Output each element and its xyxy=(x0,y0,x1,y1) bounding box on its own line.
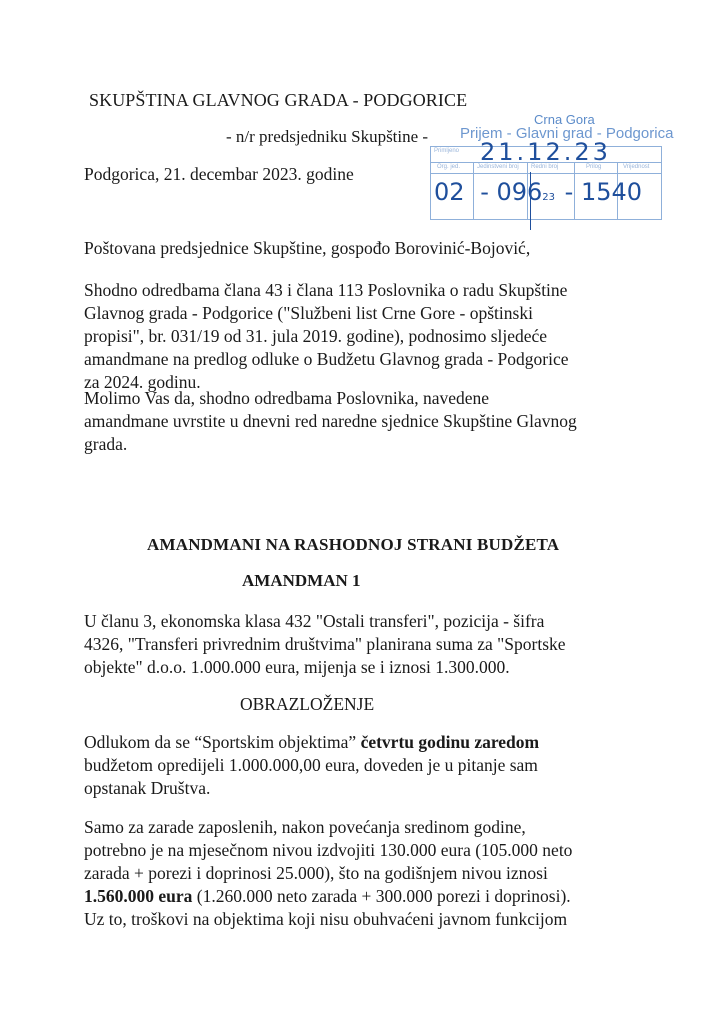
text-line: Molimo Vas da, shodno odredbama Poslovni… xyxy=(84,387,684,410)
text-line: Shodno odredbama člana 43 i člana 113 Po… xyxy=(84,279,684,302)
place-date: Podgorica, 21. decembar 2023. godine xyxy=(84,164,354,185)
addressee-title: SKUPŠTINA GLAVNOG GRADA - PODGORICE xyxy=(89,90,467,111)
stamp-col-label: Org. jed. xyxy=(437,164,460,170)
greeting-text: Poštovana predsjednice Skupštine, gospođ… xyxy=(84,237,684,260)
registry-stamp: Crna Gora Prijem - Glavni grad - Podgori… xyxy=(420,112,682,222)
text-normal: (1.260.000 neto zarada + 300.000 porezi … xyxy=(192,886,570,906)
text-line: objekte" d.o.o. 1.000.000 eura, mijenja … xyxy=(84,656,684,679)
section-title: AMANDMANI NA RASHODNOJ STRANI BUDŽETA xyxy=(147,535,559,555)
pen-stroke xyxy=(530,172,531,230)
greeting: Poštovana predsjednice Skupštine, gospođ… xyxy=(84,237,684,260)
text-line: zarada + porezi i doprinosi 25.000), što… xyxy=(84,862,684,885)
justification-title: OBRAZLOŽENJE xyxy=(240,694,374,715)
registry-org-code: 02 xyxy=(434,178,465,206)
amendment-title: AMANDMAN 1 xyxy=(242,571,361,591)
text-line: potrebno je na mjesečnom nivou izdvojiti… xyxy=(84,839,684,862)
text-line: grada. xyxy=(84,433,684,456)
text-line: Glavnog grada - Podgorice ("Službeni lis… xyxy=(84,302,684,325)
amendment-text: U članu 3, ekonomska klasa 432 "Ostali t… xyxy=(84,610,684,679)
registry-sequence: - 1540 xyxy=(565,178,642,206)
stamp-divider xyxy=(431,173,661,174)
text-line: budžetom opredijeli 1.000.000,00 eura, d… xyxy=(84,754,684,777)
justification-paragraph-2: Samo za zarade zaposlenih, nakon povećan… xyxy=(84,816,684,931)
text-line: opstanak Društva. xyxy=(84,777,684,800)
stamp-col-label: Vrijednost xyxy=(623,164,649,170)
attention-line: - n/r predsjedniku Skupštine - xyxy=(226,127,428,147)
text-line: Odlukom da se “Sportskim objektima” četv… xyxy=(84,731,684,754)
text-line: amandmane na predlog odluke o Budžetu Gl… xyxy=(84,348,684,371)
justification-paragraph-1: Odlukom da se “Sportskim objektima” četv… xyxy=(84,731,684,800)
text-line: 1.560.000 eura (1.260.000 neto zarada + … xyxy=(84,885,684,908)
text-line: propisi", br. 031/19 od 31. jula 2019. g… xyxy=(84,325,684,348)
document-page: SKUPŠTINA GLAVNOG GRADA - PODGORICE - n/… xyxy=(0,0,724,1024)
registry-year: 23 xyxy=(542,192,555,203)
text-line: U članu 3, ekonomska klasa 432 "Ostali t… xyxy=(84,610,684,633)
text-normal: Odlukom da se “Sportskim objektima” xyxy=(84,732,361,752)
text-bold: četvrtu godinu zaredom xyxy=(361,732,540,752)
text-line: 4326, "Transferi privrednim društvima" p… xyxy=(84,633,684,656)
stamp-label-received: Primljeno xyxy=(434,148,459,154)
text-line: Samo za zarade zaposlenih, nakon povećan… xyxy=(84,816,684,839)
request-paragraph: Molimo Vas da, shodno odredbama Poslovni… xyxy=(84,387,684,456)
handwritten-date: 21.12.23 xyxy=(480,138,611,166)
registry-main-number: - 096 xyxy=(480,178,542,206)
intro-paragraph: Shodno odredbama člana 43 i člana 113 Po… xyxy=(84,279,684,394)
text-line: amandmane uvrstite u dnevni red naredne … xyxy=(84,410,684,433)
text-bold: 1.560.000 eura xyxy=(84,886,192,906)
text-line: Uz to, troškovi na objektima koji nisu o… xyxy=(84,908,684,931)
handwritten-registry-number: 02 - 09623 - 1540 xyxy=(434,178,642,206)
